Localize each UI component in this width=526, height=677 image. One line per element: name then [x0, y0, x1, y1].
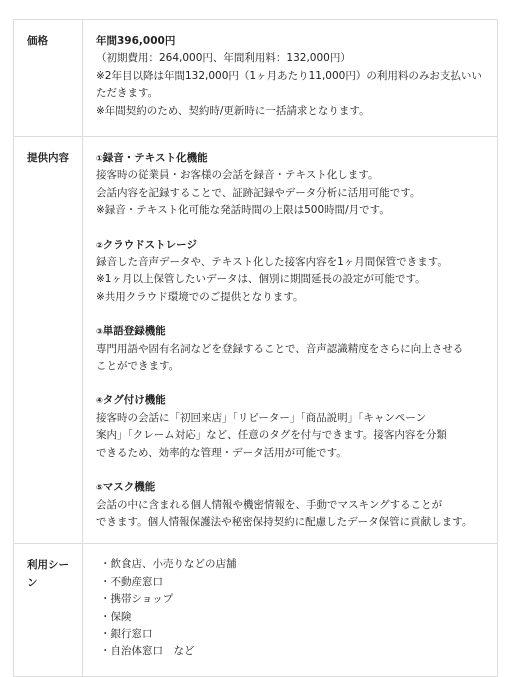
feature-number: ⑤ — [96, 483, 103, 492]
usage-scenes-label: 利用シーン — [14, 544, 83, 640]
usage-scenes-list: ・飲食店、小売りなどの店舗 ・不動産窓口 ・携帯ショップ ・保険 ・銀行窓口 ・… — [83, 544, 498, 640]
features-label: 提供内容 — [14, 137, 83, 544]
scene-item: ・携帯ショップ — [100, 591, 487, 608]
feature-desc: 接客時の会話に「初回来店」「リピーター」「商品説明」「キャンペーン — [96, 410, 487, 427]
feature-desc: 会話内容を記録することで、証跡記録やデータ分析に活用可能です。 — [96, 185, 487, 202]
feature-number: ① — [96, 154, 103, 163]
feature-title: ④タグ付け機能 — [96, 392, 487, 409]
scene-item: ・銀行窓口 — [100, 626, 487, 640]
price-label: 価格 — [14, 20, 83, 137]
service-spec-table: 価格 年間396,000円 （初期費用：264,000円、年間利用料：132,0… — [13, 19, 498, 640]
feature-word-registration: ③単語登録機能 専門用語や固有名詞などを登録することで、音声認識精度をさらに向上… — [96, 323, 487, 375]
feature-desc: 録音した音声データや、テキスト化した接客内容を1ヶ月間保管できます。 — [96, 254, 487, 271]
feature-desc: できます。個人情報保護法や秘密保持契約に配慮したデータ保管に貢献します。 — [96, 514, 487, 531]
usage-scenes-row: 利用シーン ・飲食店、小売りなどの店舗 ・不動産窓口 ・携帯ショップ ・保険 ・… — [14, 544, 498, 640]
feature-note: ※録音・テキスト化可能な発話時間の上限は500時間/月です。 — [96, 202, 487, 219]
feature-number: ④ — [96, 396, 103, 405]
feature-title: ③単語登録機能 — [96, 323, 487, 340]
feature-recording: ①録音・テキスト化機能 接客時の従業員・お客様の会話を録音・テキスト化します。 … — [96, 150, 487, 220]
scene-item: ・保険 — [100, 609, 487, 626]
feature-desc: 専門用語や固有名詞などを登録することで、音声認識精度をさらに向上させる — [96, 341, 487, 358]
price-billing-note: ※年間契約のため、契約時/更新時に一括請求となります。 — [96, 103, 487, 120]
feature-number: ② — [96, 241, 103, 250]
price-content: 年間396,000円 （初期費用：264,000円、年間利用料：132,000円… — [83, 20, 498, 137]
feature-desc: できるため、効率的な管理・データ活用が可能です。 — [96, 445, 487, 462]
features-content: ①録音・テキスト化機能 接客時の従業員・お客様の会話を録音・テキスト化します。 … — [83, 137, 498, 544]
feature-tagging: ④タグ付け機能 接客時の会話に「初回来店」「リピーター」「商品説明」「キャンペー… — [96, 392, 487, 462]
feature-title: ②クラウドストレージ — [96, 237, 487, 254]
feature-desc: 接客時の従業員・お客様の会話を録音・テキスト化します。 — [96, 167, 487, 184]
price-row: 価格 年間396,000円 （初期費用：264,000円、年間利用料：132,0… — [14, 20, 498, 137]
feature-cloud-storage: ②クラウドストレージ 録音した音声データや、テキスト化した接客内容を1ヶ月間保管… — [96, 237, 487, 307]
price-headline: 年間396,000円 — [96, 33, 487, 50]
feature-note: ※1ヶ月以上保管したいデータは、個別に期間延長の設定が可能です。 — [96, 271, 487, 288]
features-row: 提供内容 ①録音・テキスト化機能 接客時の従業員・お客様の会話を録音・テキスト化… — [14, 137, 498, 544]
scene-item: ・飲食店、小売りなどの店舗 — [100, 556, 487, 573]
feature-title: ①録音・テキスト化機能 — [96, 150, 487, 167]
feature-number: ③ — [96, 327, 103, 336]
feature-desc: 会話の中に含まれる個人情報や機密情報を、手動でマスキングすることが — [96, 497, 487, 514]
feature-masking: ⑤マスク機能 会話の中に含まれる個人情報や機密情報を、手動でマスキングすることが… — [96, 479, 487, 531]
price-breakdown: （初期費用：264,000円、年間利用料：132,000円） — [96, 50, 487, 67]
feature-desc: 案内」「クレーム対応」など、任意のタグを付与できます。接客内容を分類 — [96, 427, 487, 444]
feature-note: ※共用クラウド環境でのご提供となります。 — [96, 289, 487, 306]
price-renewal-note: ※2年目以降は年間132,000円（1ヶ月あたり11,000円）の利用料のみお支… — [96, 68, 487, 103]
feature-desc: ことができます。 — [96, 358, 487, 375]
feature-title: ⑤マスク機能 — [96, 479, 487, 496]
scene-item: ・不動産窓口 — [100, 574, 487, 591]
